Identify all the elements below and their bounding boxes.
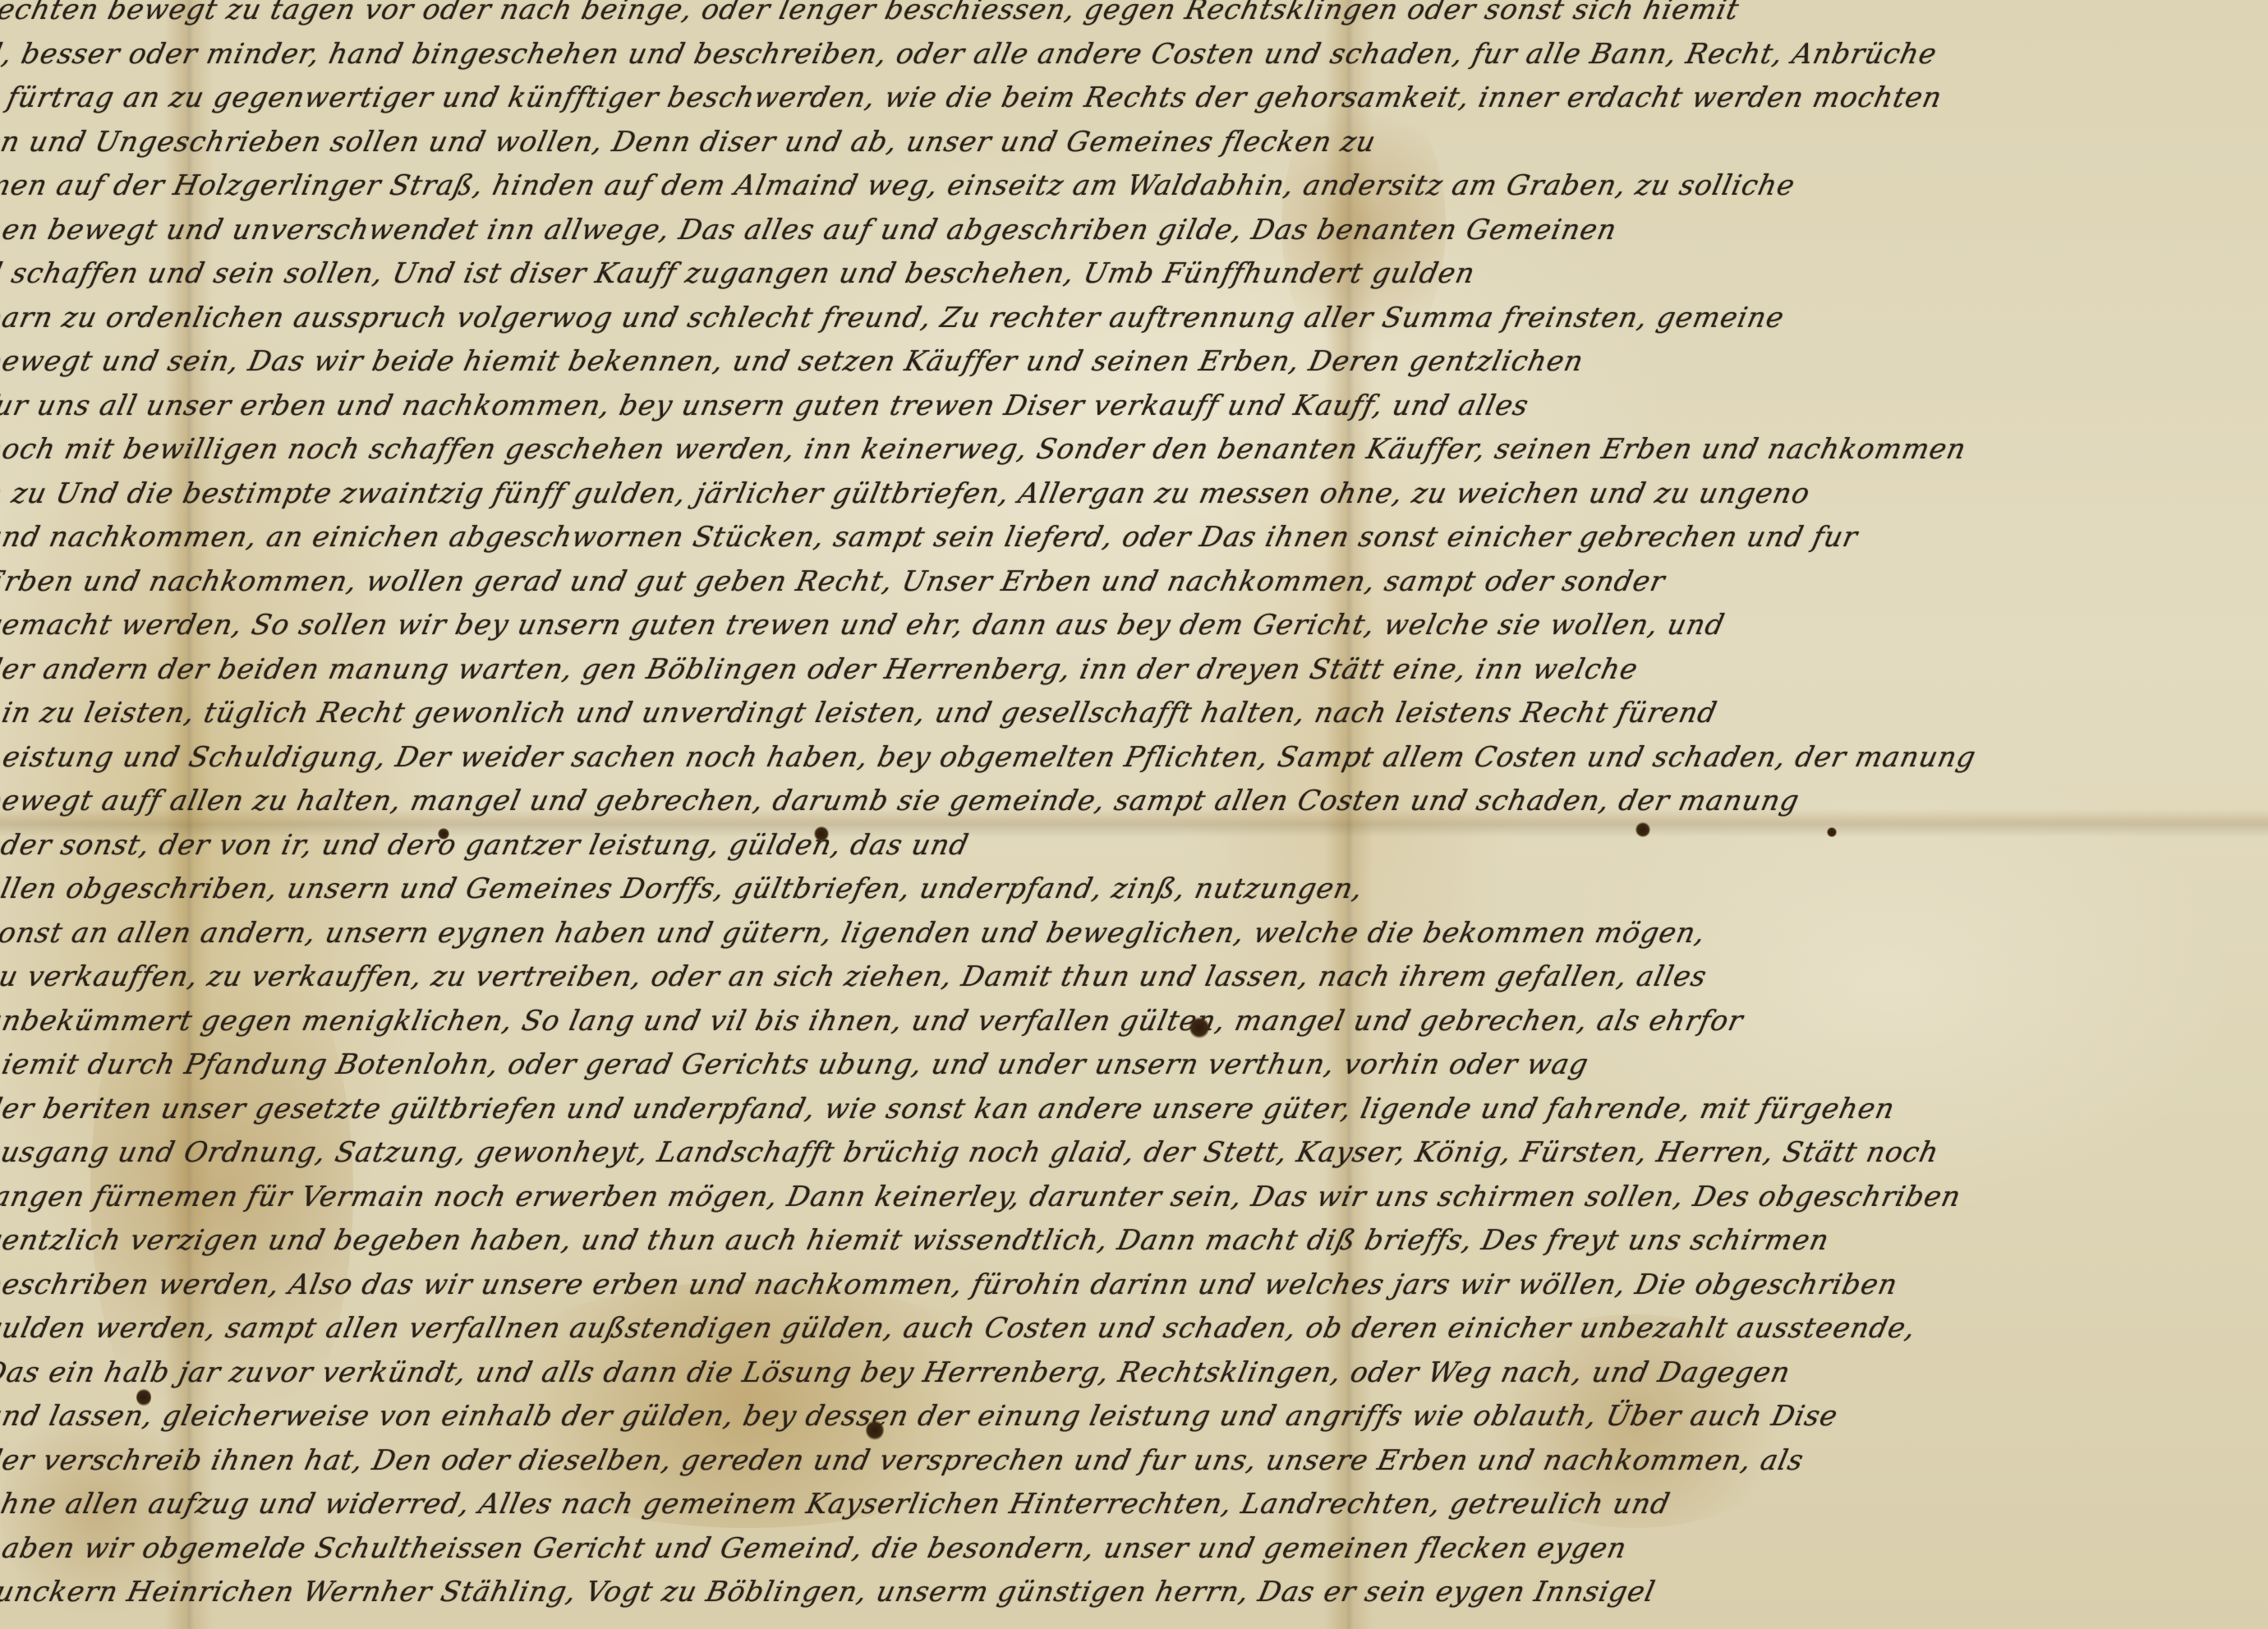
text-line: Leistung und Schuldigung, Der weider sac… <box>0 736 2268 780</box>
text-line: hiemit durch Pfandung Botenlohn, oder ge… <box>0 1043 2268 1088</box>
text-line: beschriben werden, Also das wir unsere e… <box>0 1263 2268 1308</box>
text-line: sonst an allen andern, unsern eygnen hab… <box>0 912 2268 956</box>
text-line: oder sonst, der von ir, und dero gantzer… <box>0 824 2268 868</box>
text-line: langen fürnemen für Vermain noch erwerbe… <box>0 1176 2268 1220</box>
text-line: der andern der beiden manung warten, gen… <box>0 648 2268 693</box>
text-line: r fürtrag an zu gegenwertiger und künfft… <box>0 76 2268 121</box>
parchment-sheet: rechten bewegt zu tagen vor oder nach be… <box>0 0 2268 1629</box>
text-line: ohne allen aufzug und widerred, Alles na… <box>0 1483 2268 1527</box>
text-line: men auf der Holzgerlinger Straß, hinden … <box>0 164 2268 209</box>
text-line: gentzlich verzigen und begeben haben, un… <box>0 1219 2268 1263</box>
ink-spot <box>1827 827 1837 837</box>
text-line: en und Ungeschrieben sollen und wollen, … <box>0 121 2268 165</box>
text-line: noch mit bewilligen noch schaffen gesche… <box>0 428 2268 472</box>
text-line: der beriten unser gesetzte gültbriefen u… <box>0 1088 2268 1132</box>
ink-spot <box>438 828 449 840</box>
ink-spot <box>1635 822 1650 837</box>
text-line: fur uns all unser erben und nachkommen, … <box>0 384 2268 429</box>
text-line: n zu Und die bestimpte zwaintzig fünff g… <box>0 472 2268 517</box>
text-line: d schaffen und sein sollen, Und ist dise… <box>0 252 2268 297</box>
text-line: Das ein halb jar zuvor verkündt, und all… <box>0 1351 2268 1396</box>
text-line: ausgang und Ordnung, Satzung, gewonheyt,… <box>0 1131 2268 1176</box>
ink-spot <box>136 1388 151 1406</box>
text-line: der verschreib ihnen hat, Den oder diese… <box>0 1439 2268 1484</box>
text-line: Junckern Heinrichen Wernher Stähling, Vo… <box>0 1571 2268 1615</box>
text-line: rechten bewegt zu tagen vor oder nach be… <box>0 0 2268 33</box>
manuscript-text: rechten bewegt zu tagen vor oder nach be… <box>0 0 2268 1615</box>
text-line: zu verkauffen, zu verkauffen, zu vertrei… <box>0 955 2268 1000</box>
text-line: gulden werden, sampt allen verfallnen au… <box>0 1307 2268 1351</box>
text-line: allen obgeschriben, unsern und Gemeines … <box>0 867 2268 912</box>
text-line: hen bewegt und unverschwendet inn allweg… <box>0 209 2268 253</box>
text-line: haben wir obgemelde Schultheissen Gerich… <box>0 1527 2268 1571</box>
text-line: bewegt und sein, Das wir beide hiemit be… <box>0 340 2268 384</box>
text-line: barn zu ordenlichen ausspruch volgerwog … <box>0 297 2268 341</box>
text-line: Erben und nachkommen, wollen gerad und g… <box>0 560 2268 605</box>
text-line: d, besser oder minder, hand bingeschehen… <box>0 33 2268 77</box>
ink-spot <box>1189 1017 1209 1038</box>
ink-spot <box>814 826 829 841</box>
text-line: und lassen, gleicherweise von einhalb de… <box>0 1395 2268 1439</box>
ink-spot <box>866 1420 884 1440</box>
text-line: bewegt auff allen zu halten, mangel und … <box>0 780 2268 824</box>
text-line: hin zu leisten, tüglich Recht gewonlich … <box>0 692 2268 736</box>
text-line: und nachkommen, an einichen abgeschworne… <box>0 516 2268 560</box>
text-line: gemacht werden, So sollen wir bey unsern… <box>0 604 2268 648</box>
text-line: unbekümmert gegen menigklichen, So lang … <box>0 1000 2268 1044</box>
